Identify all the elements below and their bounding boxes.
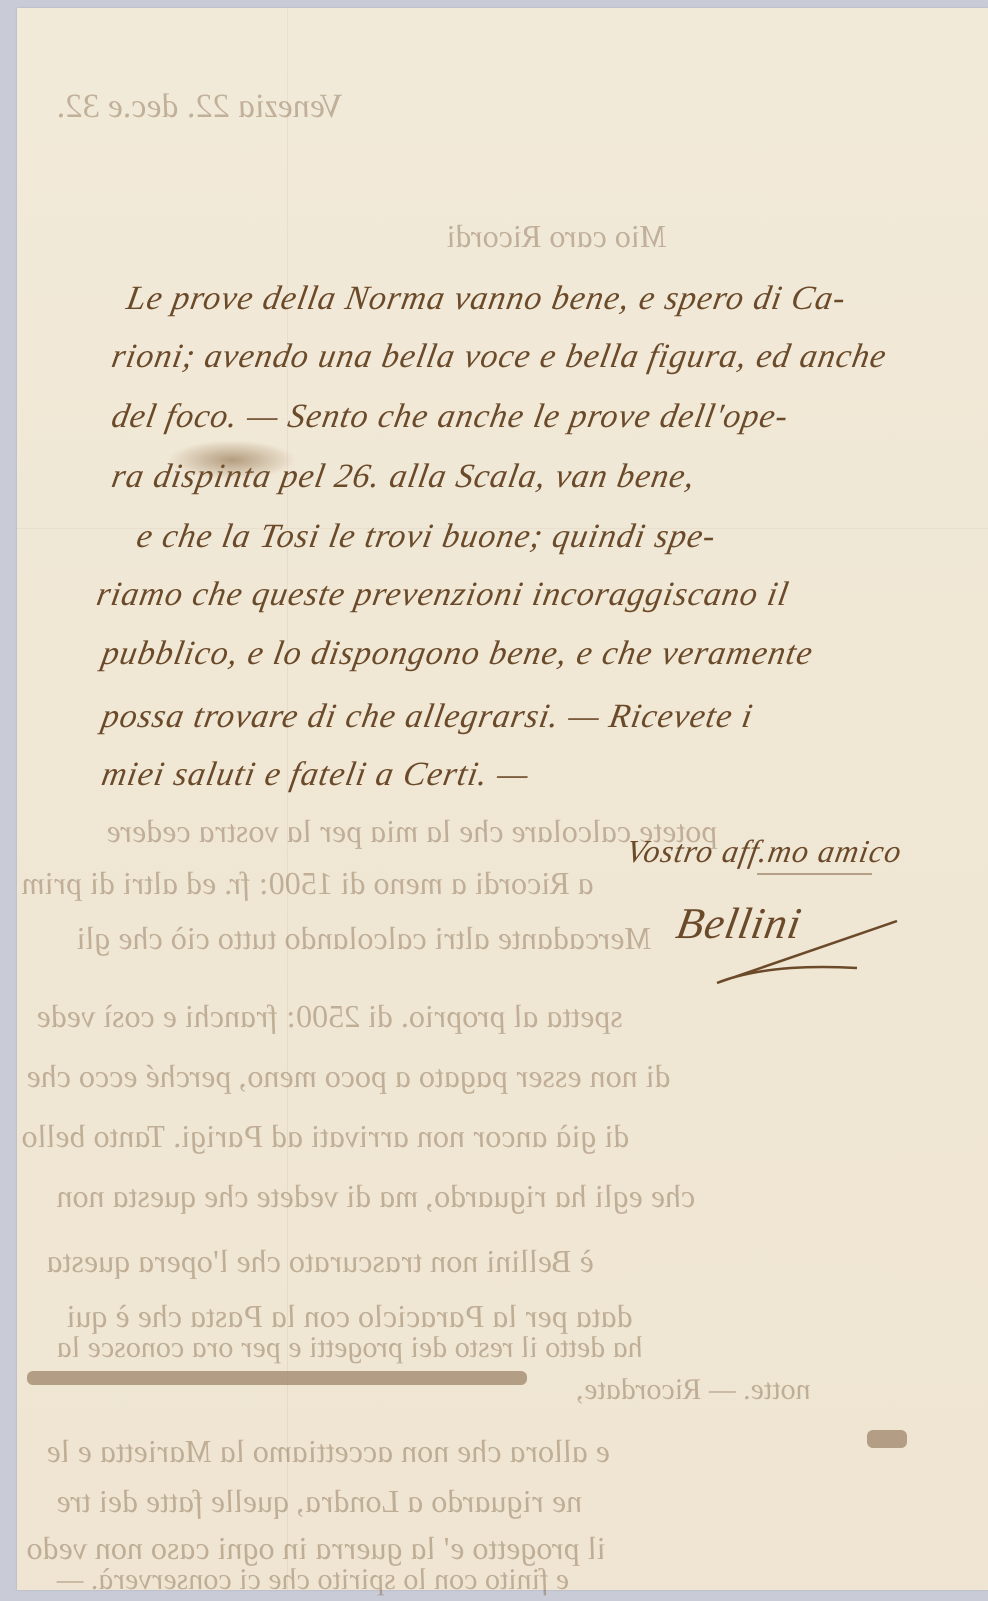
bleed-line: e finito con lo spirito che ci conserver… [55, 1563, 572, 1597]
bleed-line: di non esser pagato a poco meno, perché … [24, 1058, 673, 1095]
bleed-date: Venezia 22. dec.e 32. [54, 88, 344, 126]
bleed-line: che egli ha riguardo, ma di vedete che q… [54, 1178, 698, 1215]
closing-underline [757, 870, 877, 880]
ink-blot [867, 1430, 907, 1448]
letter-line-7: pubblico, e lo dispongono bene, e che ve… [99, 635, 816, 673]
letter-line-6: riamo che queste prevenzioni incoraggisc… [94, 576, 792, 614]
bleed-line: e allora che non accettiamo la Marietta … [44, 1433, 613, 1470]
letter-line-5: e che la Tosi le trovi buone; quindi spe… [134, 518, 719, 556]
letter-paper: Venezia 22. dec.e 32. Mio caro Ricordi p… [17, 8, 988, 1590]
closing-line: Vostro aff.mo amico [624, 833, 905, 870]
bleed-line: a Ricordi a meno di 1500: fr. ed altri d… [19, 865, 596, 902]
bleed-line: Mercadante altri calcolando tutto ciò ch… [74, 920, 654, 957]
bleed-strikethrough [27, 1371, 527, 1385]
bleed-line: ne riguardo a Londra, quelle fatte dei t… [54, 1483, 585, 1520]
letter-line-8: possa trovare di che allegrarsi. — Ricev… [99, 698, 756, 736]
letter-line-9: miei saluti e fateli a Certi. — [99, 756, 532, 794]
bleed-salutation: Mio caro Ricordi [444, 218, 669, 255]
ink-stain [167, 440, 297, 480]
bleed-line: notte. — Ricordate, [575, 1373, 814, 1407]
letter-line-2: rioni; avendo una bella voce e bella fig… [109, 338, 890, 376]
signature-flourish [707, 913, 907, 993]
bleed-line: di già ancor non arrivati ad Parigi. Tan… [19, 1118, 632, 1155]
bleed-line: ha detto il resto dei progetti e per ora… [55, 1331, 646, 1365]
bleed-line: è Bellini non trascurato che l'opera que… [44, 1243, 596, 1280]
letter-line-1: Le prove della Norma vanno bene, e spero… [124, 280, 849, 318]
bleed-line: data per la Paraciclo con la Pasta che è… [64, 1298, 635, 1335]
bleed-line: spetta al proprio. di 2500: franchi e co… [34, 998, 625, 1035]
bleed-line: il progetto e' la guerra in ogni caso no… [24, 1530, 608, 1567]
letter-line-3: del foco. — Sento che anche le prove del… [109, 398, 792, 436]
